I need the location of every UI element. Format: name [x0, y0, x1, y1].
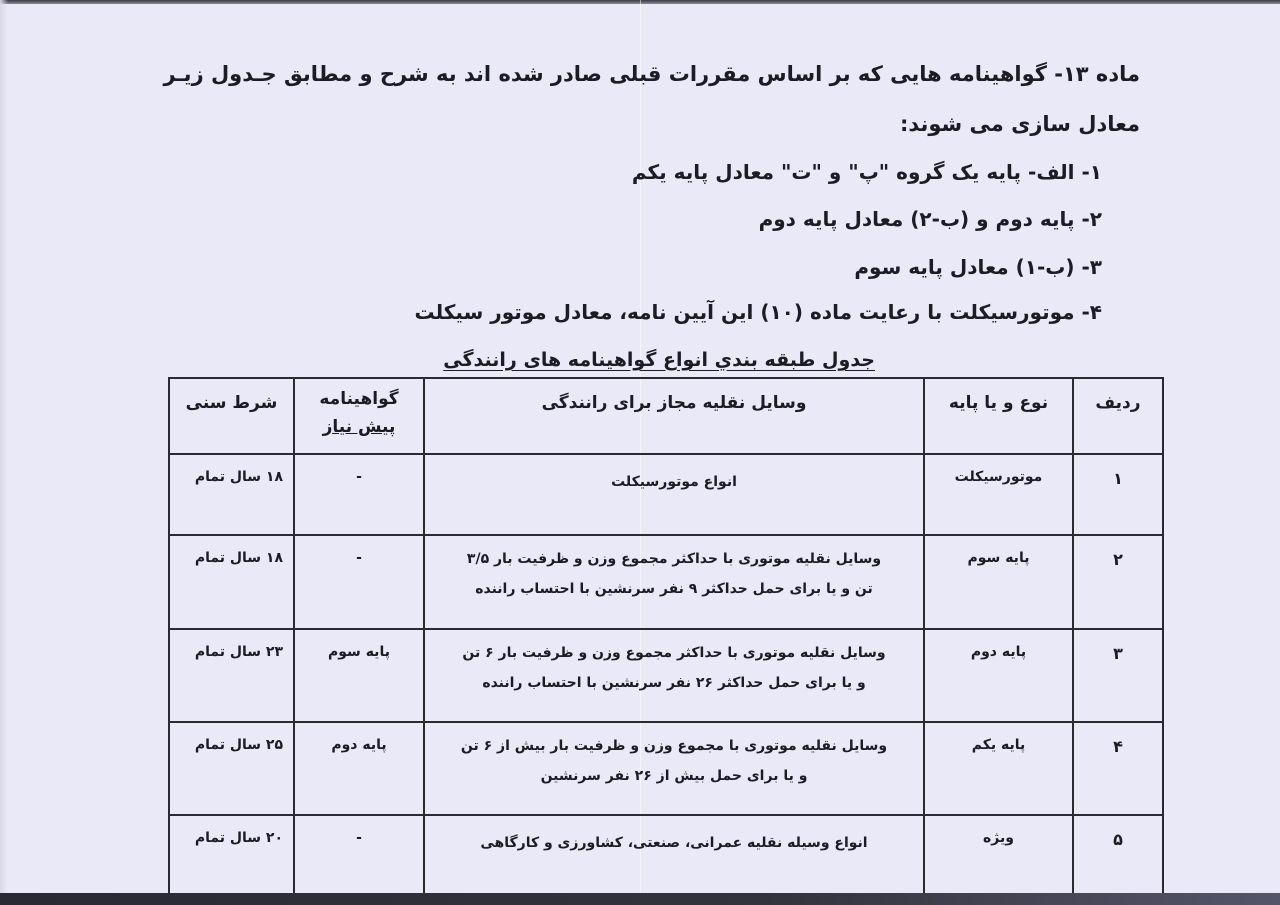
cell-vehicles: انواع موتورسیکلت: [424, 454, 924, 535]
cell-age: ۲۵ سال تمام: [169, 722, 294, 815]
header-age: شرط سنی: [169, 378, 294, 454]
scanned-document-page: ماده ۱۳- گواهینامه هایی که بر اساس مقررا…: [0, 0, 1280, 893]
article-heading-line-1: ماده ۱۳- گواهینامه هایی که بر اساس مقررا…: [163, 62, 1140, 86]
cell-vehicles-line-2: و یا برای حمل حداکثر ۲۶ نفر سرنشین با اح…: [425, 668, 923, 698]
article-heading-line-2: معادل سازی می شوند:: [900, 112, 1140, 136]
cell-vehicles: وسایل نقلیه موتوری با مجموع وزن و ظرفیت …: [424, 722, 924, 815]
cell-vehicles: انواع وسیله نقلیه عمرانی، صنعتی، کشاورزی…: [424, 815, 924, 897]
cell-prerequisite: -: [294, 535, 424, 629]
list-item-1: ۱- الف- پایه یک گروه "پ" و "ت" معادل پای…: [632, 160, 1102, 184]
cell-vehicles-line-1: انواع موتورسیکلت: [425, 467, 923, 497]
cell-prerequisite: پایه دوم: [294, 722, 424, 815]
cell-vehicles-line-2: و یا برای حمل بیش از ۲۶ نفر سرنشین: [425, 761, 923, 791]
cell-age: ۲۰ سال تمام: [169, 815, 294, 897]
scan-bottom-edge: [0, 893, 1280, 905]
list-item-3: ۳- (ب-۱) معادل پایه سوم: [854, 255, 1102, 279]
cell-type: ویژه: [924, 815, 1073, 897]
cell-type: پایه یکم: [924, 722, 1073, 815]
header-prerequisite-line-2: پیش نیاز: [323, 417, 396, 437]
cell-vehicles-line-2: تن و یا برای حمل حداکثر ۹ نفر سرنشین با …: [425, 574, 923, 604]
table-caption: جدول طبقه بندي انواع گواهینامه های رانند…: [443, 349, 875, 371]
cell-type: پایه دوم: [924, 629, 1073, 722]
cell-vehicles-line-1: وسایل نقلیه موتوری با حداکثر مجموع وزن و…: [425, 544, 923, 574]
header-prerequisite-line-1: گواهینامه: [319, 389, 398, 409]
cell-vehicles-line-1: وسایل نقلیه موتوری با مجموع وزن و ظرفیت …: [425, 731, 923, 761]
table-header-row: ردیف نوع و یا پایه وسایل نقلیه مجاز برای…: [169, 378, 1163, 454]
header-row-number: ردیف: [1073, 378, 1163, 454]
cell-prerequisite: -: [294, 454, 424, 535]
cell-row-number: ۲: [1073, 535, 1163, 629]
cell-vehicles-line-1: وسایل نقلیه موتوری با حداکثر مجموع وزن و…: [425, 638, 923, 668]
table-row: ۵ ویژه انواع وسیله نقلیه عمرانی، صنعتی، …: [169, 815, 1163, 897]
table-row: ۳ پایه دوم وسایل نقلیه موتوری با حداکثر …: [169, 629, 1163, 722]
cell-type: موتورسیکلت: [924, 454, 1073, 535]
cell-age: ۱۸ سال تمام: [169, 535, 294, 629]
list-item-4: ۴- موتورسیکلت با رعایت ماده (۱۰) این آیی…: [414, 300, 1102, 324]
table-row: ۱ موتورسیکلت انواع موتورسیکلت - ۱۸ سال ت…: [169, 454, 1163, 535]
license-classification-table: ردیف نوع و یا پایه وسایل نقلیه مجاز برای…: [168, 377, 1164, 898]
cell-prerequisite: -: [294, 815, 424, 897]
cell-row-number: ۴: [1073, 722, 1163, 815]
list-item-2: ۲- پایه دوم و (ب-۲) معادل پایه دوم: [759, 207, 1102, 231]
table-row: ۴ پایه یکم وسایل نقلیه موتوری با مجموع و…: [169, 722, 1163, 815]
header-type: نوع و یا پایه: [924, 378, 1073, 454]
cell-vehicles: وسایل نقلیه موتوری با حداکثر مجموع وزن و…: [424, 535, 924, 629]
cell-vehicles-line-1: انواع وسیله نقلیه عمرانی، صنعتی، کشاورزی…: [425, 828, 923, 858]
cell-age: ۲۳ سال تمام: [169, 629, 294, 722]
cell-age: ۱۸ سال تمام: [169, 454, 294, 535]
cell-prerequisite: پایه سوم: [294, 629, 424, 722]
header-vehicles: وسایل نقلیه مجاز برای رانندگی: [424, 378, 924, 454]
cell-vehicles: وسایل نقلیه موتوری با حداکثر مجموع وزن و…: [424, 629, 924, 722]
table-row: ۲ پایه سوم وسایل نقلیه موتوری با حداکثر …: [169, 535, 1163, 629]
cell-row-number: ۱: [1073, 454, 1163, 535]
header-prerequisite: گواهینامه پیش نیاز: [294, 378, 424, 454]
cell-row-number: ۳: [1073, 629, 1163, 722]
cell-type: پایه سوم: [924, 535, 1073, 629]
cell-row-number: ۵: [1073, 815, 1163, 897]
